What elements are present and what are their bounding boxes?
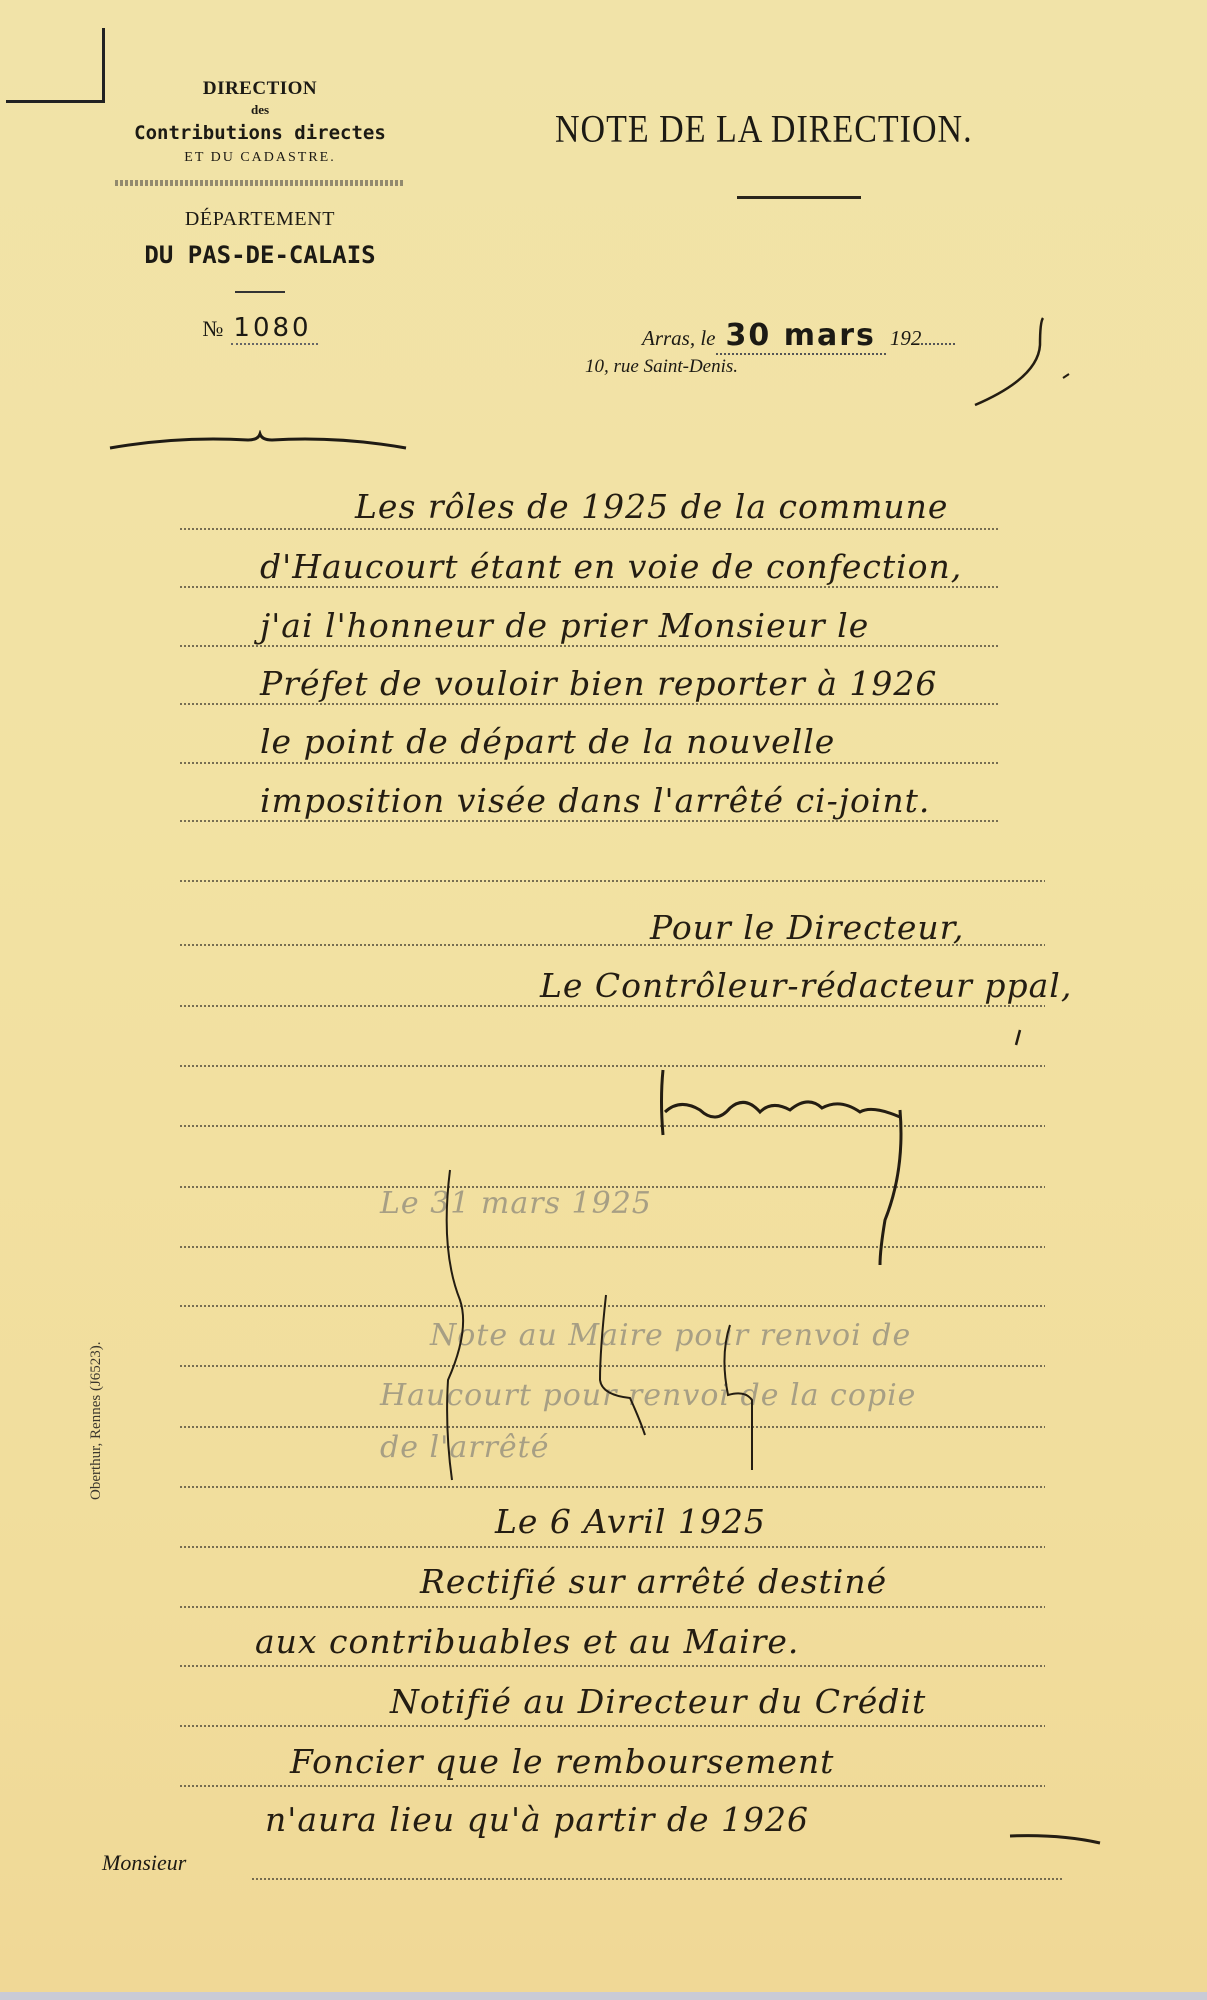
body-line: Préfet de vouloir bien reporter à 1926: [260, 664, 937, 703]
page-title: NOTE DE LA DIRECTION.: [555, 108, 973, 152]
ruled-line: [252, 1878, 1062, 1880]
year-printed: 192: [890, 326, 922, 351]
address: 10, rue Saint-Denis.: [585, 356, 738, 378]
ruled-line: [180, 645, 1000, 647]
ruled-line: [180, 703, 1000, 705]
letterhead-direction: DIRECTION: [100, 78, 420, 100]
printer-mark: Oberthur, Rennes (J6523).: [88, 1341, 105, 1500]
pencil-note: de l'arrêté: [380, 1430, 549, 1465]
ruled-line: [180, 1005, 1045, 1007]
ruled-line: [180, 820, 1000, 822]
ruled-line: [180, 1125, 1045, 1127]
pencil-note: Haucourt pour renvoi de la copie: [380, 1378, 916, 1413]
ruled-line: [180, 1426, 1045, 1428]
number-label: №: [202, 316, 223, 342]
underline-stroke-icon: [1010, 1836, 1100, 1843]
ruled-line: [180, 586, 1000, 588]
body-line: j'ai l'honneur de prier Monsieur le: [260, 606, 869, 645]
corner-crop-mark: [6, 28, 105, 103]
letterhead-contributions: Contributions directes: [100, 122, 420, 144]
letterhead: DIRECTION des Contributions directes ET …: [100, 78, 420, 345]
document-page: DIRECTION des Contributions directes ET …: [0, 0, 1207, 1992]
ruled-line: [180, 880, 1045, 882]
dateline-place: Arras, le: [642, 326, 716, 351]
ruled-line: [180, 1546, 1045, 1548]
date-handwritten: 30 mars: [716, 318, 886, 353]
second-note-line: Notifié au Directeur du Crédit: [390, 1682, 926, 1721]
ruled-line: [180, 1065, 1045, 1067]
body-line: imposition visée dans l'arrêté ci-joint.: [260, 781, 930, 820]
ruled-line: [180, 762, 1000, 764]
year-flourish-icon: [975, 318, 1043, 405]
ruled-line: [180, 1725, 1045, 1727]
letterhead-rule: [235, 291, 285, 293]
number-value: 1080: [231, 313, 317, 345]
second-note-line: n'aura lieu qu'à partir de 1926: [265, 1800, 809, 1839]
body-line: Les rôles de 1925 de la commune: [355, 487, 948, 526]
letterhead-des: des: [100, 102, 420, 118]
ruled-line: [180, 1785, 1045, 1787]
reference-number: № 1080: [100, 313, 420, 345]
pencil-note: Note au Maire pour renvoi de: [430, 1318, 911, 1353]
second-note-line: Foncier que le remboursement: [290, 1742, 834, 1781]
ruled-line: [180, 1305, 1045, 1307]
ruled-line: [180, 1246, 1045, 1248]
second-note-line: aux contribuables et au Maire.: [255, 1622, 799, 1661]
second-note-line: Rectifié sur arrêté destiné: [420, 1562, 887, 1601]
letterhead-pas-de-calais: DU PAS-DE-CALAIS: [100, 241, 420, 269]
signature-icon: [662, 1070, 902, 1265]
closing-line: Le Contrôleur-rédacteur ppal,: [540, 966, 1072, 1005]
second-note-date: Le 6 Avril 1925: [495, 1502, 766, 1541]
ruled-line: [180, 1486, 1045, 1488]
letterhead-departement: DÉPARTEMENT: [100, 208, 420, 231]
date-field: 30 mars: [716, 318, 886, 355]
ruled-line: [180, 528, 1000, 530]
closing-line: Pour le Directeur,: [650, 908, 964, 947]
ruled-line: [180, 1365, 1045, 1367]
ruled-line: [180, 1665, 1045, 1667]
ruled-line: [180, 1606, 1045, 1608]
year-field: [921, 343, 955, 345]
wavy-divider: [115, 180, 405, 186]
body-line: le point de départ de la nouvelle: [260, 722, 835, 761]
letterhead-cadastre: ET DU CADASTRE.: [100, 150, 420, 166]
salutation-monsieur: Monsieur: [102, 1850, 186, 1876]
flourish-divider-icon: [108, 430, 408, 456]
body-line: d'Haucourt étant en voie de confection,: [260, 547, 962, 586]
title-rule: [737, 196, 861, 199]
dateline: Arras, le 30 mars 192: [642, 318, 955, 355]
pencil-note: Le 31 mars 1925: [380, 1186, 652, 1221]
